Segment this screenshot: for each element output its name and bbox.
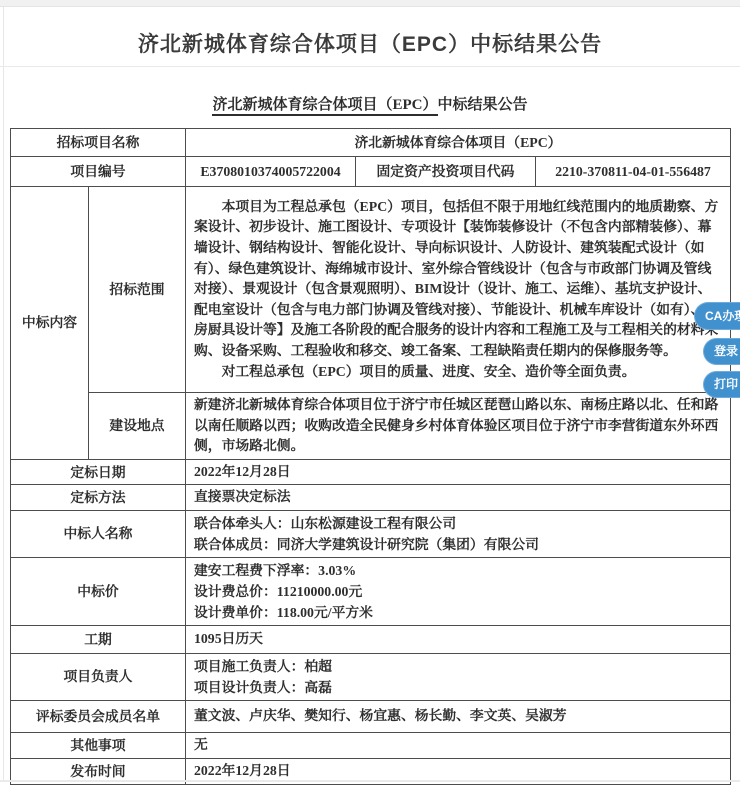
project-no-value: E3708010374005722004 [186, 157, 356, 187]
other-items-value: 无 [186, 732, 731, 758]
document-subtitle: 济北新城体育综合体项目（EPC）中标结果公告 [0, 93, 740, 114]
committee-label: 评标委员会成员名单 [11, 700, 186, 732]
ca-service-button[interactable]: CA办理 [694, 302, 740, 330]
award-content-label: 中标内容 [11, 187, 89, 460]
table-row: 中标人名称 联合体牵头人：山东松源建设工程有限公司 联合体成员：同济大学建筑设计… [11, 510, 731, 557]
top-edge-bar [0, 0, 740, 7]
project-name-label: 招标项目名称 [11, 129, 186, 157]
price-design-total-line: 设计费总价：11210000.00元 [194, 581, 722, 602]
table-row: 建设地点 新建济北新城体育综合体项目位于济宁市任城区琵琶山路以东、南杨庄路以北、… [11, 393, 731, 460]
print-button[interactable]: 打印 [703, 371, 740, 398]
project-name-value: 济北新城体育综合体项目（EPC） [186, 129, 731, 157]
table-row: 工期 1095日历天 [11, 625, 731, 653]
award-method-value: 直接票决定标法 [186, 485, 731, 511]
table-row: 中标价 建安工程费下浮率：3.03% 设计费总价：11210000.00元 设计… [11, 557, 731, 625]
announcement-page: { "header": { "title": "济北新城体育综合体项目（EPC）… [0, 0, 740, 800]
table-row: 招标项目名称 济北新城体育综合体项目（EPC） [11, 129, 731, 157]
scope-paragraph: 本项目为工程总承包（EPC）项目，包括但不限于用地红线范围内的地质勘察、方案设计… [194, 197, 722, 362]
project-no-label: 项目编号 [11, 157, 186, 187]
construction-manager-line: 项目施工负责人：柏超 [194, 656, 722, 677]
project-manager-label: 项目负责人 [11, 653, 186, 700]
scope-paragraph: 对工程总承包（EPC）项目的质量、进度、安全、造价等全面负责。 [194, 362, 722, 383]
table-row: 其他事项 无 [11, 732, 731, 758]
award-method-label: 定标方法 [11, 485, 186, 511]
location-label: 建设地点 [89, 393, 186, 460]
scope-label: 招标范围 [89, 187, 186, 393]
table-row: 定标日期 2022年12月28日 [11, 459, 731, 485]
price-design-unit-line: 设计费单价：118.00元/平方米 [194, 602, 722, 623]
design-manager-line: 项目设计负责人：高磊 [194, 677, 722, 698]
title-divider [0, 66, 740, 67]
location-value: 新建济北新城体育综合体项目位于济宁市任城区琵琶山路以东、南杨庄路以北、任和路以南… [186, 393, 731, 460]
bid-result-table: 招标项目名称 济北新城体育综合体项目（EPC） 项目编号 E3708010374… [10, 128, 731, 785]
table-row: 中标内容 招标范围 本项目为工程总承包（EPC）项目，包括但不限于用地红线范围内… [11, 187, 731, 393]
duration-value: 1095日历天 [186, 625, 731, 653]
table-row: 项目负责人 项目施工负责人：柏超 项目设计负责人：高磊 [11, 653, 731, 700]
subtitle-rest-part: 中标结果公告 [438, 97, 528, 113]
bid-price-label: 中标价 [11, 557, 186, 625]
award-date-label: 定标日期 [11, 459, 186, 485]
table-row: 定标方法 直接票决定标法 [11, 485, 731, 511]
project-manager-value: 项目施工负责人：柏超 项目设计负责人：高磊 [186, 653, 731, 700]
bottom-divider [0, 780, 740, 782]
bid-price-value: 建安工程费下浮率：3.03% 设计费总价：11210000.00元 设计费单价：… [186, 557, 731, 625]
subtitle-underlined-part: 济北新城体育综合体项目（EPC） [212, 97, 437, 116]
duration-label: 工期 [11, 625, 186, 653]
login-button[interactable]: 登录 [703, 338, 740, 365]
winner-leader-line: 联合体牵头人：山东松源建设工程有限公司 [194, 513, 722, 534]
table-row: 评标委员会成员名单 董文波、卢庆华、樊知行、杨宜惠、杨长勤、李文英、吴淑芳 [11, 700, 731, 732]
invest-code-value: 2210-370811-04-01-556487 [536, 157, 731, 187]
winner-name-label: 中标人名称 [11, 510, 186, 557]
committee-value: 董文波、卢庆华、樊知行、杨宜惠、杨长勤、李文英、吴淑芳 [186, 700, 731, 732]
invest-code-label: 固定资产投资项目代码 [356, 157, 536, 187]
award-date-value: 2022年12月28日 [186, 459, 731, 485]
price-downrate-line: 建安工程费下浮率：3.03% [194, 560, 722, 581]
other-items-label: 其他事项 [11, 732, 186, 758]
left-edge-line [3, 7, 4, 780]
page-title: 济北新城体育综合体项目（EPC）中标结果公告 [0, 28, 740, 58]
winner-member-line: 联合体成员：同济大学建筑设计研究院（集团）有限公司 [194, 534, 722, 555]
winner-name-value: 联合体牵头人：山东松源建设工程有限公司 联合体成员：同济大学建筑设计研究院（集团… [186, 510, 731, 557]
scope-value: 本项目为工程总承包（EPC）项目，包括但不限于用地红线范围内的地质勘察、方案设计… [186, 187, 731, 393]
table-row: 项目编号 E3708010374005722004 固定资产投资项目代码 221… [11, 157, 731, 187]
